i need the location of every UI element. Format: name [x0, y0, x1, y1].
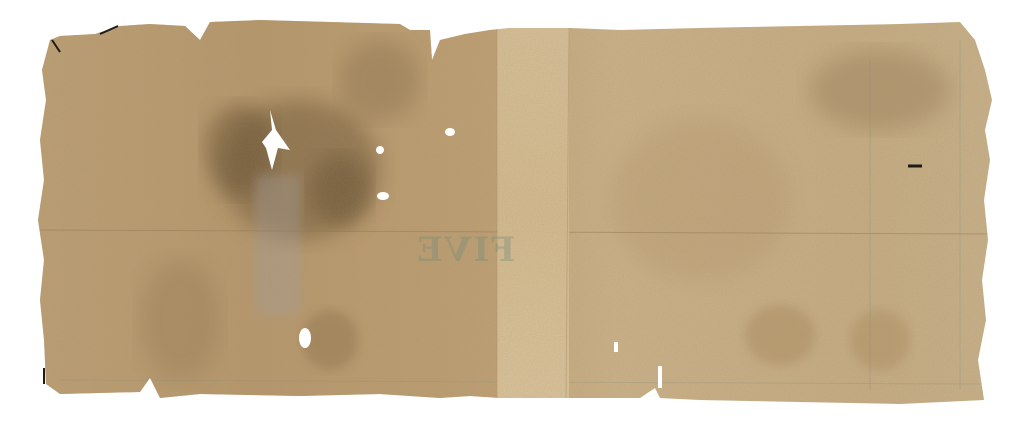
banknote-paper: [0, 0, 1024, 424]
bleed-through-five: FIVE: [415, 230, 515, 270]
banknote-photo: FIVE: [0, 0, 1024, 424]
